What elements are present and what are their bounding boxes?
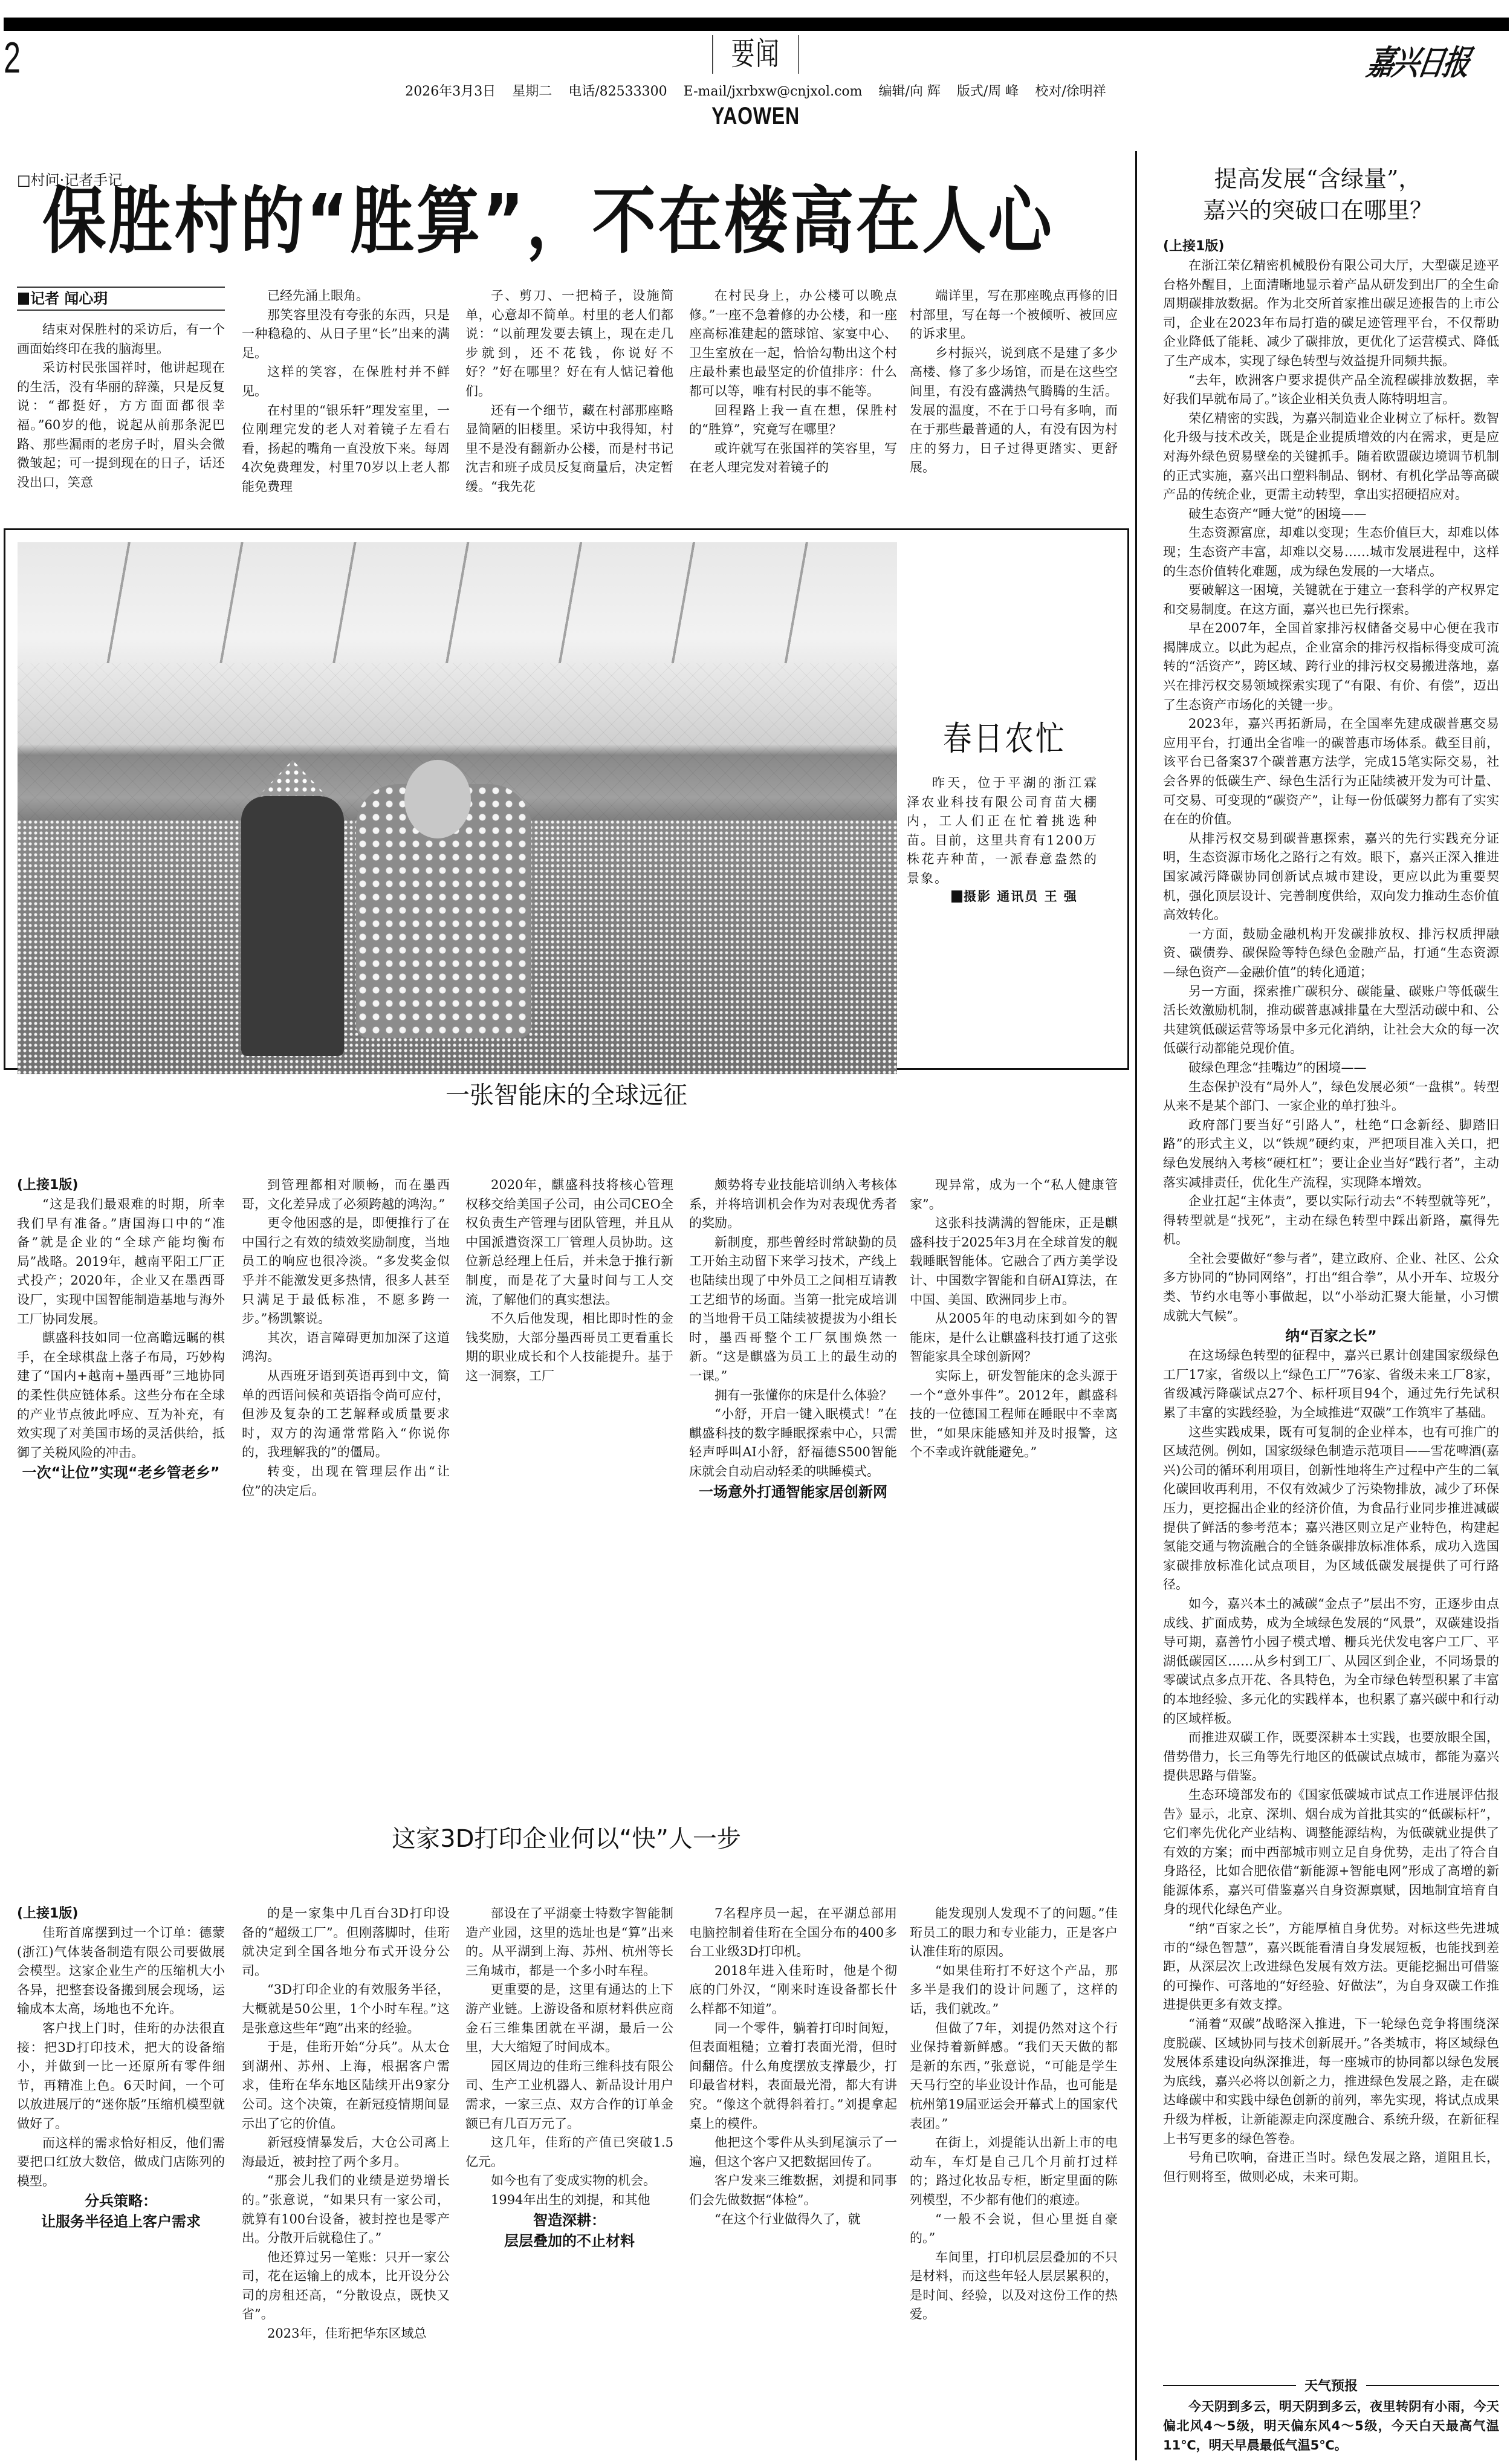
issue-weekday: 星期二: [512, 84, 552, 99]
edition-meta: 2026年3月3日 星期二 电话/82533300 E-mail/jxrbxw@…: [387, 83, 1124, 100]
paragraph: 端详里，写在那座晚点再修的旧村部里，写在每一个被倾听、被回应的诉求里。: [910, 287, 1118, 344]
column-divider: [1135, 151, 1137, 2460]
print-col-3: 部设在了平湖豪士特数字智能制造产业园，这里的选址也是“算”出来的。从平湖到上海、…: [465, 1904, 673, 2460]
paragraph: 早在2007年，全国首家排污权储备交易中心便在我市揭牌成立。以此为起点，企业富余…: [1163, 619, 1499, 715]
green-article-title: 提高发展“含绿量”， 嘉兴的突破口在哪里？: [1136, 163, 1499, 226]
top-col-2: 已经先涌上眼角。那笑容里没有夸张的东西，只是一种稳稳的、从日子里“长”出来的满足…: [242, 287, 450, 526]
paragraph: “这是我们最艰难的时期，所幸我们早有准备。”唐国海口中的“准备”就是企业的“全球…: [17, 1195, 225, 1329]
section-label: 要闻: [665, 35, 846, 74]
paragraph: 全社会要做好“参与者”，建立政府、企业、社区、公众多方协同的“协同网络”，打出“…: [1163, 1250, 1499, 1326]
paragraph: 生态资源富庶，却难以变现；生态价值巨大，却难以体现；生态资产丰富，却难以交易………: [1163, 524, 1499, 581]
paragraph: 现异常，成为一个“私人健康管家”。: [910, 1176, 1118, 1214]
paragraph: “那会儿我们的业绩是逆势增长的。”张意说，“如果只有一家公司，就算有100台设备…: [242, 2171, 450, 2248]
paragraph: “在这个行业做得久了，就: [689, 2210, 897, 2229]
paragraph: 在浙江荣亿精密机械股份有限公司大厅，大型碳足迹平台格外醒目，上面清晰地显示着产品…: [1163, 256, 1499, 371]
bed-col-1-body: “这是我们最艰难的时期，所幸我们早有准备。”唐国海口中的“准备”就是企业的“全球…: [17, 1195, 225, 1462]
paragraph: 客户发来三维数据，刘提和同事们会先做数据“体检”。: [689, 2171, 897, 2209]
print-subhead-2: 智造深耕： 层层叠加的不止材料: [465, 2210, 673, 2251]
paragraph: 颇势将专业技能培训纳入考核体系，并将培训机会作为对表现优秀者的奖励。: [689, 1176, 897, 1233]
byline-square-icon: [18, 293, 29, 305]
paragraph: 乡村振兴，说到底不是建了多少高楼、修了多少场馆，而是在这些空间里，有没有盛满热气…: [910, 344, 1118, 478]
print-col-4: 7名程序员一起，在平湖总部用电脑控制着佳珩在全国分布的400多台工业级3D打印机…: [689, 1904, 897, 2460]
paragraph: 从2005年的电动床到如今的智能床，是什么让麒盛科技打通了这张智能家具全球创新网…: [910, 1309, 1118, 1367]
paragraph: 在村里的“银乐轩”理发室里，一位刚理完发的老人对着镜子左看右看，扬起的嘴角一直没…: [242, 401, 450, 497]
paragraph: 在村民身上，办公楼可以晚点修。”一座不急着修的办公楼，和一座座高标准建起的篮球馆…: [689, 287, 897, 401]
paragraph: 客户找上门时，佳珩的办法很直接：把3D打印技术，把大的设备缩小，并做到一比一还原…: [17, 2019, 225, 2134]
email: E-mail/jxrbxw@cnjxol.com: [684, 84, 863, 99]
paragraph: 在街上，刘提能认出新上市的电动车，车灯是自己几个月前打过样的；路过化妆品专柜，断…: [910, 2133, 1118, 2209]
print-col-3-body: 部设在了平湖豪士特数字智能制造产业园，这里的选址也是“算”出来的。从平湖到上海、…: [465, 1904, 673, 2210]
paragraph: 破生态资产“睡大觉”的困境——: [1163, 505, 1499, 524]
print-col-1-body: 佳珩首席摆到过一个订单：德蒙(浙江)气体装备制造有限公司要做展会模型。这家企业生…: [17, 1924, 225, 2191]
paragraph: 的是一家集中几百台3D打印设备的“超级工厂”。但刚落脚时，佳珩就决定到全国各地分…: [242, 1904, 450, 1980]
weather-forecast: 今天阴到多云，明天阴到多云，夜里转阴有小雨，今天偏北风4～5级，明天偏东风4～5…: [1163, 2397, 1499, 2455]
paragraph: 而这样的需求恰好相反，他们需要把口红放大数倍，做成门店陈列的模型。: [17, 2134, 225, 2191]
paragraph: 从西班牙语到英语再到中文，简单的西语问候和英语指令尚可应付，但涉及复杂的工艺解释…: [242, 1367, 450, 1462]
issue-date: 2026年3月3日: [405, 84, 496, 99]
paragraph: 更重要的是，这里有通达的上下游产业链。上游设备和原材料供应商金石三维集团就在平湖…: [465, 1980, 673, 2057]
paragraph: “如果佳珩打不好这个产品，那多半是我们的设计问题了，这样的话，我们就改。”: [910, 1962, 1118, 2019]
bed-col-1: (上接1版) “这是我们最艰难的时期，所幸我们早有准备。”唐国海口中的“准备”就…: [17, 1176, 225, 1804]
paragraph: 这几年，佳珩的产值已突破1.5亿元。: [465, 2133, 673, 2171]
paragraph: 还有一个细节，藏在村部那座略显简陋的旧楼里。采访中我得知，村里不是没有翻新办公楼…: [465, 401, 673, 497]
bed-col-5: 现异常，成为一个“私人健康管家”。这张科技满满的智能床，正是麒盛科技于2025年…: [910, 1176, 1118, 1804]
continued-note: (上接1版): [17, 1176, 225, 1195]
weather-title: 天气预报: [1304, 2376, 1358, 2394]
paragraph: “涌着“双碳”战略深入推进，下一轮绿色竞争将围绕深度脱碳、区域协同与技术创新展开…: [1163, 2015, 1499, 2148]
paragraph: “一般不会说，但心里挺自豪的。”: [910, 2210, 1118, 2248]
weather-rule-left: [1163, 2385, 1296, 2386]
layout-editor: 版式/周 峰: [957, 84, 1019, 99]
credit-square-icon: [951, 890, 962, 903]
paragraph: 但做了7年，刘提仍然对这个行业保持着新鲜感。“我们天天做的都是新的东西，”张意说…: [910, 2019, 1118, 2134]
paragraph: 1994年出生的刘提，和其他: [465, 2191, 673, 2210]
paragraph: 于是，佳珩开始“分兵”。从太仓到湖州、苏州、上海，根据客户需求，佳珩在华东地区陆…: [242, 2038, 450, 2133]
paragraph: 荣亿精密的实践，为嘉兴制造业企业树立了标杆。数智化升级与技术改关，既是企业提质增…: [1163, 409, 1499, 505]
paragraph: 车间里，打印机层层叠加的不只是材料，而这些年轻人层层累积的，是时间、经验，以及对…: [910, 2248, 1118, 2324]
paragraph: 或许就写在张国祥的笑容里，写在老人理完发对着镜子的: [689, 439, 897, 478]
paragraph: 到管理都相对顺畅，而在墨西哥，文化差异成了必须跨越的鸿沟。”: [242, 1176, 450, 1214]
paragraph: 2020年，麒盛科技将核心管理权移交给美国子公司，由公司CEO全权负责生产管理与…: [465, 1176, 673, 1309]
green-paragraphs: 在浙江荣亿精密机械股份有限公司大厅，大型碳足迹平台格外醒目，上面清晰地显示着产品…: [1163, 256, 1499, 2187]
print-col-2: 的是一家集中几百台3D打印设备的“超级工厂”。但刚落脚时，佳珩就决定到全国各地分…: [242, 1904, 450, 2460]
worker-face: [404, 760, 471, 838]
main-headline: 保胜村的“胜算”，不在楼高在人心: [42, 183, 1054, 261]
paragraph: 生态环境部发布的《国家低碳城市试点工作进展评估报告》显示，北京、深圳、烟台成为首…: [1163, 1786, 1499, 1919]
byline-text: 记者 闻心玥: [30, 290, 108, 307]
paragraph: 如今，嘉兴本土的减碳“金点子”层出不穷，正逐步由点成线、扩面成势，成为全域绿色发…: [1163, 1595, 1499, 1728]
paragraph: 从排污权交易到碳普惠探索，嘉兴的先行实践充分证明，生态资源市场化之路行之有效。眼…: [1163, 829, 1499, 925]
top-col-3: 子、剪刀、一把椅子，设施简单，心意却不简单。村里的老人们都说：“以前理发要去镇上…: [465, 287, 673, 526]
bed-col-3: 2020年，麒盛科技将核心管理权移交给美国子公司，由公司CEO全权负责生产管理与…: [465, 1176, 673, 1804]
photo-caption: 昨天，位于平湖的浙江霖泽农业科技有限公司育苗大棚内，工人们正在忙着挑选种苗。目前…: [907, 774, 1098, 889]
paragraph: 同一个零件，躺着打印时间短，但表面粗糙；立着打表面光滑，但时间翻倍。什么角度摆放…: [689, 2019, 897, 2134]
header-bar: [4, 18, 1509, 31]
paragraph: 不久后他发现，相比即时性的金钱奖励，大部分墨西哥员工更看重长期的职业成长和个人技…: [465, 1309, 673, 1386]
paragraph: 2023年，佳珩把华东区域总: [242, 2324, 450, 2344]
paragraph: 麒盛科技如同一位高瞻远瞩的棋手，在全球棋盘上落子布局，巧妙构建了“国内+越南+墨…: [17, 1329, 225, 1462]
paragraph: 他把这个零件从头到尾演示了一遍，但这个客户又把数据回传了。: [689, 2133, 897, 2171]
paragraph: 子、剪刀、一把椅子，设施简单，心意却不简单。村里的老人们都说：“以前理发要去镇上…: [465, 287, 673, 401]
paragraph: 如今也有了变成实物的机会。: [465, 2171, 673, 2191]
section-pinyin: YAOWEN: [702, 103, 809, 130]
paragraph: 新冠疫情暴发后，大仓公司离上海最近，被封控了两个多月。: [242, 2133, 450, 2171]
print-subhead-1: 分兵策略： 让服务半径追上客户需求: [17, 2191, 225, 2232]
paragraph: “3D打印企业的有效服务半径，大概就是50公里，1个小时车程。”这是张意这些年“…: [242, 1980, 450, 2038]
bed-subhead-2: 一场意外打通智能家居创新网: [689, 1482, 897, 1502]
editor: 编辑/向 辉: [879, 84, 941, 99]
paragraph: 新制度，那些曾经时常缺勤的员工开始主动留下来学习技术，产线上也陆续出现了中外员工…: [689, 1233, 897, 1386]
paragraph: 转变，出现在管理层作出“让位”的决定后。: [242, 1462, 450, 1500]
photo-credit: 摄影 通讯员 王 强: [951, 887, 1078, 905]
paragraph: 7名程序员一起，在平湖总部用电脑控制着佳珩在全国分布的400多台工业级3D打印机…: [689, 1904, 897, 1962]
print-col-5: 能发现别人发现不了的问题。”佳珩员工的眼力和专业能力，正是客户认准佳珩的原因。“…: [910, 1904, 1118, 2460]
paragraph: 要破解这一困境，关键就在于建立一套科学的产权界定和交易制度。在这方面，嘉兴也已先…: [1163, 581, 1499, 619]
bed-col-2: 到管理都相对顺畅，而在墨西哥，文化差异成了必须跨越的鸿沟。”更令他困惑的是，即便…: [242, 1176, 450, 1804]
paragraph: 另一方面，探索推广碳积分、碳能量、碳账户等低碳生活长效激励机制，推动碳普惠减排量…: [1163, 982, 1499, 1059]
top-col-4: 在村民身上，办公楼可以晚点修。”一座不急着修的办公楼，和一座座高标准建起的篮球馆…: [689, 287, 897, 526]
paragraph: 回程路上我一直在想，保胜村的“胜算”，究竟写在哪里？: [689, 401, 897, 439]
paragraph: “纳“百家之长”，方能厚植自身优势。对标这些先进城市的“绿色智慧”，嘉兴既能看清…: [1163, 1919, 1499, 2015]
paragraph: 更令他困惑的是，即便推行了在中国行之有效的绩效奖励制度，当地员工的响应也很冷淡。…: [242, 1214, 450, 1329]
paragraph: 2023年，嘉兴再拓新局，在全国率先建成碳普惠交易应用平台，打通出全省唯一的碳普…: [1163, 715, 1499, 829]
paragraph: 他还算过另一笔账：只开一家公司，花在运输上的成本，比开设分公司的房租还高，“分散…: [242, 2248, 450, 2324]
greenhouse-roof: [18, 542, 897, 663]
green-article-body: (上接1版) 在浙江荣亿精密机械股份有限公司大厅，大型碳足迹平台格外醒目，上面清…: [1163, 237, 1499, 2365]
paragraph: “去年，欧洲客户要求提供产品全流程碳排放数据，幸好我们早就布局了。”该企业相关负…: [1163, 371, 1499, 409]
bed-subhead-1: 一次“让位”实现“老乡管老乡”: [17, 1462, 225, 1483]
bed-col-4: 颇势将专业技能培训纳入考核体系，并将培训机会作为对表现优秀者的奖励。新制度，那些…: [689, 1176, 897, 1804]
paragraph: 在这场绿色转型的征程中，嘉兴已累计创建国家级绿色工厂17家，省级以上“绿色工厂”…: [1163, 1346, 1499, 1422]
phone: 电话/82533300: [568, 84, 667, 99]
weather-header: 天气预报: [1163, 2376, 1499, 2394]
paragraph: 破绿色理念“挂嘴边”的困境——: [1163, 1059, 1499, 1078]
photo-title: 春日农忙: [943, 712, 1066, 760]
paragraph: 结束对保胜村的采访后，有一个画面始终印在我的脑海里。: [17, 320, 225, 358]
paragraph: 而推进双碳工作，既要深耕本土实践，也要放眼全国，借势借力，长三角等先行地区的低碳…: [1163, 1728, 1499, 1786]
paragraph: 已经先涌上眼角。: [242, 287, 450, 306]
continued-note: (上接1版): [1163, 237, 1499, 256]
weather-rule-right: [1366, 2385, 1499, 2386]
paragraph: 这些实践成果，既有可复制的企业样本，也有可推广的区域范例。例如，国家级绿色制造示…: [1163, 1423, 1499, 1595]
paragraph: 生态保护没有“局外人”，绿色发展必须“一盘棋”。转型从来不是某个部门、一家企业的…: [1163, 1078, 1499, 1116]
top-col-5: 端详里，写在那座晚点再修的旧村部里，写在每一个被倾听、被回应的诉求里。乡村振兴，…: [910, 287, 1118, 526]
paragraph: 这张科技满满的智能床，正是麒盛科技于2025年3月在全球首发的舰载睡眠智能体。它…: [910, 1214, 1118, 1309]
paragraph: 企业扛起“主体责”，要以实际行动去“不转型就等死”，得转型就是“找死”，主动在绿…: [1163, 1192, 1499, 1250]
paragraph: 佳珩首席摆到过一个订单：德蒙(浙江)气体装备制造有限公司要做展会模型。这家企业生…: [17, 1924, 225, 2019]
paragraph: 号角已吹响，奋进正当时。绿色发展之路，道阻且长，但行则将至，做则必成，未来可期。: [1163, 2148, 1499, 2187]
paragraph: 实际上，研发智能床的念头源于一个“意外事件”。2012年，麒盛科技的一位德国工程…: [910, 1367, 1118, 1462]
worker-back: [241, 796, 344, 1056]
paragraph: 这样的笑容，在保胜村并不鲜见。: [242, 363, 450, 401]
paragraph: “小舒，开启一键入眠模式！”在麒盛科技的数字睡眠探索中心，只需轻声呼叫AI小舒，…: [689, 1405, 897, 1481]
print-article-title: 这家3D打印企业何以“快”人一步: [4, 1824, 1129, 1853]
bed-col-4-body: 颇势将专业技能培训纳入考核体系，并将培训机会作为对表现优秀者的奖励。新制度，那些…: [689, 1176, 897, 1482]
page-number: 2: [4, 36, 21, 80]
byline: 记者 闻心玥: [17, 287, 225, 311]
article-subhead: 纳“百家之长”: [1163, 1326, 1499, 1346]
paragraph: 一方面，鼓励金融机构开发碳排放权、排污权质押融资、碳债券、碳保险等特色绿色金融产…: [1163, 925, 1499, 982]
paragraph: 其次，语言障碍更加加深了这道鸿沟。: [242, 1329, 450, 1367]
top-col-1: 结束对保胜村的采访后，有一个画面始终印在我的脑海里。采访村民张国祥时，他讲起现在…: [17, 320, 225, 526]
paragraph: 部设在了平湖豪士特数字智能制造产业园，这里的选址也是“算”出来的。从平湖到上海、…: [465, 1904, 673, 1980]
paragraph: 那笑容里没有夸张的东西，只是一种稳稳的、从日子里“长”出来的满足。: [242, 306, 450, 363]
paragraph: 能发现别人发现不了的问题。”佳珩员工的眼力和专业能力，正是客户认准佳珩的原因。: [910, 1904, 1118, 1962]
print-col-1: (上接1版) 佳珩首席摆到过一个订单：德蒙(浙江)气体装备制造有限公司要做展会模…: [17, 1904, 225, 2460]
continued-note: (上接1版): [17, 1904, 225, 1924]
paragraph: 政府部门要当好“引路人”，杜绝“口念新经、脚踏旧路”的形式主义，以“铁规”硬约束…: [1163, 1116, 1499, 1192]
paragraph: 采访村民张国祥时，他讲起现在的生活，没有华丽的辞藻，只是反复说：“都挺好，方方面…: [17, 358, 225, 492]
paragraph: 拥有一张懂你的床是什么体验？: [689, 1386, 897, 1405]
bed-article-title: 一张智能床的全球远征: [4, 1081, 1129, 1110]
photo-credit-text: 摄影 通讯员 王 强: [964, 889, 1078, 904]
proofreader: 校对/徐明祥: [1035, 84, 1106, 99]
paragraph: 2018年进入佳珩时，他是个彻底的门外汉，“刚来时连设备都长什么样都不知道”。: [689, 1962, 897, 2019]
masthead-logo: 嘉兴日报: [1364, 36, 1473, 85]
section-title: 要闻: [712, 35, 799, 74]
paragraph: 园区周边的佳珩三维科技有限公司、生产工业机器人、新品设计用户需求，一家三点、双方…: [465, 2057, 673, 2133]
greenhouse-photo: [18, 542, 897, 1074]
